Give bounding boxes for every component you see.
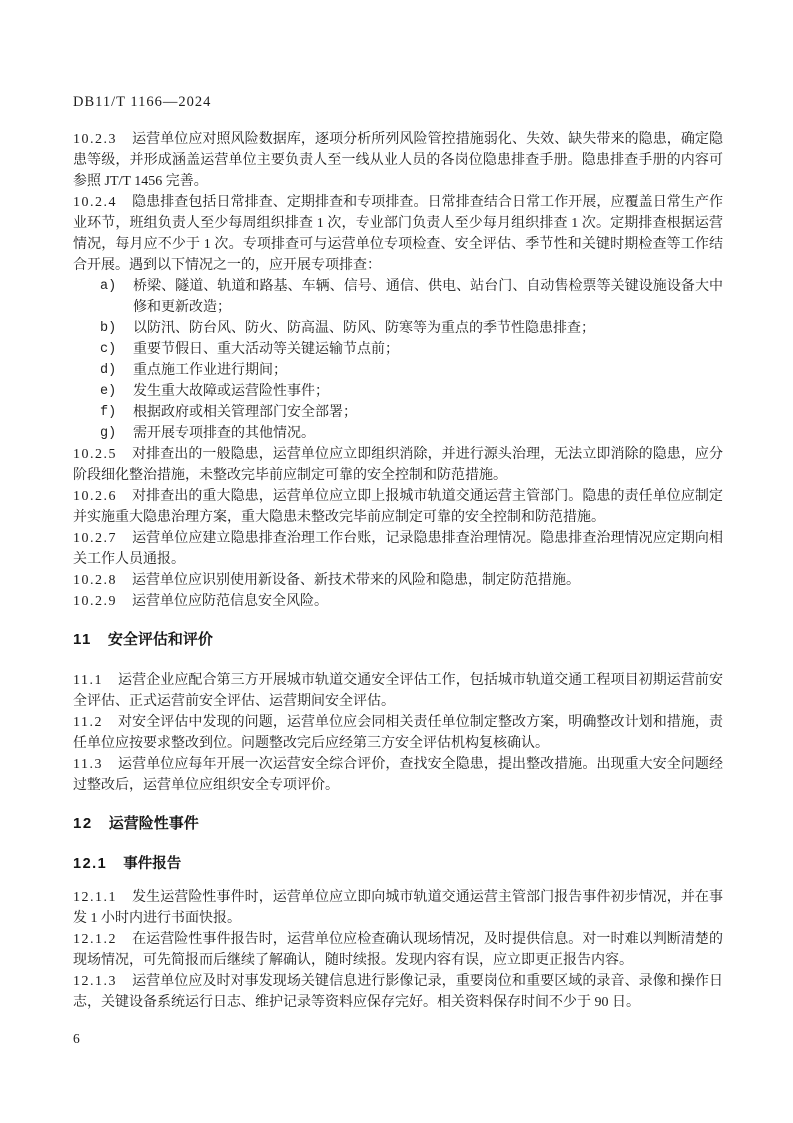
section-heading-11: 11安全评估和评价	[73, 629, 723, 650]
clause-10.2.6: 10.2.6对排查出的重大隐患，运营单位应立即上报城市轨道交通运营主管部门。隐患…	[73, 486, 723, 528]
clause-number: 12.1.1	[73, 890, 117, 905]
clause-number: 10.2.6	[73, 489, 117, 504]
clause-number: 11.2	[73, 715, 103, 730]
list-item-marker: b)	[100, 318, 116, 339]
list-item-b: b)以防汛、防台风、防火、防高温、防风、防寒等为重点的季节性隐患排查；	[73, 318, 723, 339]
clause-text: 发生运营险性事件时，运营单位应立即向城市轨道交通运营主管部门报告事件初步情况，并…	[73, 890, 723, 926]
section-number: 11	[73, 631, 92, 648]
clause-number: 10.2.3	[73, 132, 117, 147]
list-item-text: 根据政府或相关管理部门安全部署；	[133, 405, 357, 420]
clause-number: 10.2.9	[73, 594, 117, 609]
page-number: 6	[73, 1031, 80, 1047]
clause-text: 在运营险性事件报告时，运营单位应检查确认现场情况，及时提供信息。对一时难以判断清…	[73, 932, 723, 968]
list-item-text: 需开展专项排查的其他情况。	[133, 426, 315, 441]
clause-number: 10.2.8	[73, 573, 117, 588]
clause-10.2.3: 10.2.3运营单位应对照风险数据库，逐项分析所列风险管控措施弱化、失效、缺失带…	[73, 129, 723, 192]
section-number: 12.1	[73, 856, 107, 872]
clause-10.2.7: 10.2.7运营单位应建立隐患排查治理工作台账，记录隐患排查治理情况。隐患排查治…	[73, 528, 723, 570]
clause-number: 10.2.7	[73, 531, 117, 546]
section-heading-12.1: 12.1事件报告	[73, 854, 723, 875]
clause-12.1.3: 12.1.3运营单位应及时对事发现场关键信息进行影像记录，重要岗位和重要区域的录…	[73, 971, 723, 1013]
clause-text: 对排查出的重大隐患，运营单位应立即上报城市轨道交通运营主管部门。隐患的责任单位应…	[73, 489, 723, 525]
clause-10.2.8: 10.2.8运营单位应识别使用新设备、新技术带来的风险和隐患，制定防范措施。	[73, 570, 723, 591]
clause-12.1.1: 12.1.1发生运营险性事件时，运营单位应立即向城市轨道交通运营主管部门报告事件…	[73, 887, 723, 929]
document-content: 10.2.3运营单位应对照风险数据库，逐项分析所列风险管控措施弱化、失效、缺失带…	[73, 129, 723, 1013]
list-item-marker: d)	[100, 360, 116, 381]
section-title: 安全评估和评价	[108, 631, 213, 648]
list-item-c: c)重要节假日、重大活动等关键运输节点前；	[73, 339, 723, 360]
clause-text: 运营单位应建立隐患排查治理工作台账，记录隐患排查治理情况。隐患排查治理情况应定期…	[73, 531, 723, 567]
clause-number: 10.2.5	[73, 447, 117, 462]
clause-text: 对安全评估中发现的问题，运营单位应会同相关责任单位制定整改方案，明确整改计划和措…	[73, 715, 723, 751]
section-heading-12: 12运营险性事件	[73, 813, 723, 834]
section-title: 运营险性事件	[109, 815, 199, 832]
clause-11.3: 11.3运营单位应每年开展一次运营安全综合评价，查找安全隐患，提出整改措施。出现…	[73, 754, 723, 796]
clause-text: 运营单位应及时对事发现场关键信息进行影像记录，重要岗位和重要区域的录音、录像和操…	[73, 974, 723, 1010]
list-item-g: g)需开展专项排查的其他情况。	[73, 423, 723, 444]
clause-text: 运营企业应配合第三方开展城市轨道交通安全评估工作，包括城市轨道交通工程项目初期运…	[73, 673, 723, 709]
list-item-text: 发生重大故障或运营险性事件；	[133, 384, 329, 399]
clause-text: 运营单位应识别使用新设备、新技术带来的风险和隐患，制定防范措施。	[132, 573, 580, 588]
list-item-d: d)重点施工作业进行期间；	[73, 360, 723, 381]
clause-11.1: 11.1运营企业应配合第三方开展城市轨道交通安全评估工作，包括城市轨道交通工程项…	[73, 670, 723, 712]
list-item-a: a)桥梁、隧道、轨道和路基、车辆、信号、通信、供电、站台门、自动售检票等关键设施…	[73, 276, 723, 318]
list-item-marker: f)	[100, 402, 116, 423]
clause-text: 运营单位应对照风险数据库，逐项分析所列风险管控措施弱化、失效、缺失带来的隐患，确…	[73, 132, 723, 189]
list-item-marker: e)	[100, 381, 116, 402]
list-item-e: e)发生重大故障或运营险性事件；	[73, 381, 723, 402]
list-item-marker: a)	[100, 276, 116, 297]
clause-text: 对排查出的一般隐患，运营单位应立即组织消除，并进行源头治理，无法立即消除的隐患，…	[73, 447, 723, 483]
list-item-text: 以防汛、防台风、防火、防高温、防风、防寒等为重点的季节性隐患排查；	[133, 321, 595, 336]
clause-10.2.5: 10.2.5对排查出的一般隐患，运营单位应立即组织消除，并进行源头治理，无法立即…	[73, 444, 723, 486]
clause-number: 12.1.2	[73, 932, 117, 947]
section-title: 事件报告	[123, 856, 181, 872]
clause-number: 11.1	[73, 673, 103, 688]
clause-10.2.9: 10.2.9运营单位应防范信息安全风险。	[73, 591, 723, 612]
clause-text: 隐患排查包括日常排查、定期排查和专项排查。日常排查结合日常工作开展，应覆盖日常生…	[73, 195, 723, 273]
clause-12.1.2: 12.1.2在运营险性事件报告时，运营单位应检查确认现场情况，及时提供信息。对一…	[73, 929, 723, 971]
list-item-marker: c)	[100, 339, 116, 360]
list-item-f: f)根据政府或相关管理部门安全部署；	[73, 402, 723, 423]
clause-11.2: 11.2对安全评估中发现的问题，运营单位应会同相关责任单位制定整改方案，明确整改…	[73, 712, 723, 754]
list-item-text: 桥梁、隧道、轨道和路基、车辆、信号、通信、供电、站台门、自动售检票等关键设施设备…	[133, 279, 723, 315]
list-item-marker: g)	[100, 423, 116, 444]
clause-text: 运营单位应每年开展一次运营安全综合评价，查找安全隐患，提出整改措施。出现重大安全…	[73, 757, 723, 793]
clause-10.2.4: 10.2.4隐患排查包括日常排查、定期排查和专项排查。日常排查结合日常工作开展，…	[73, 192, 723, 276]
list-item-text: 重要节假日、重大活动等关键运输节点前；	[133, 342, 399, 357]
clause-number: 10.2.4	[73, 195, 117, 210]
section-number: 12	[73, 815, 93, 832]
clause-number: 11.3	[73, 757, 103, 772]
document-page: DB11/T 1166—2024 10.2.3运营单位应对照风险数据库，逐项分析…	[0, 0, 793, 1123]
clause-text: 运营单位应防范信息安全风险。	[132, 594, 328, 609]
list-item-text: 重点施工作业进行期间；	[133, 363, 287, 378]
document-standard-number: DB11/T 1166—2024	[73, 94, 211, 111]
clause-number: 12.1.3	[73, 974, 117, 989]
